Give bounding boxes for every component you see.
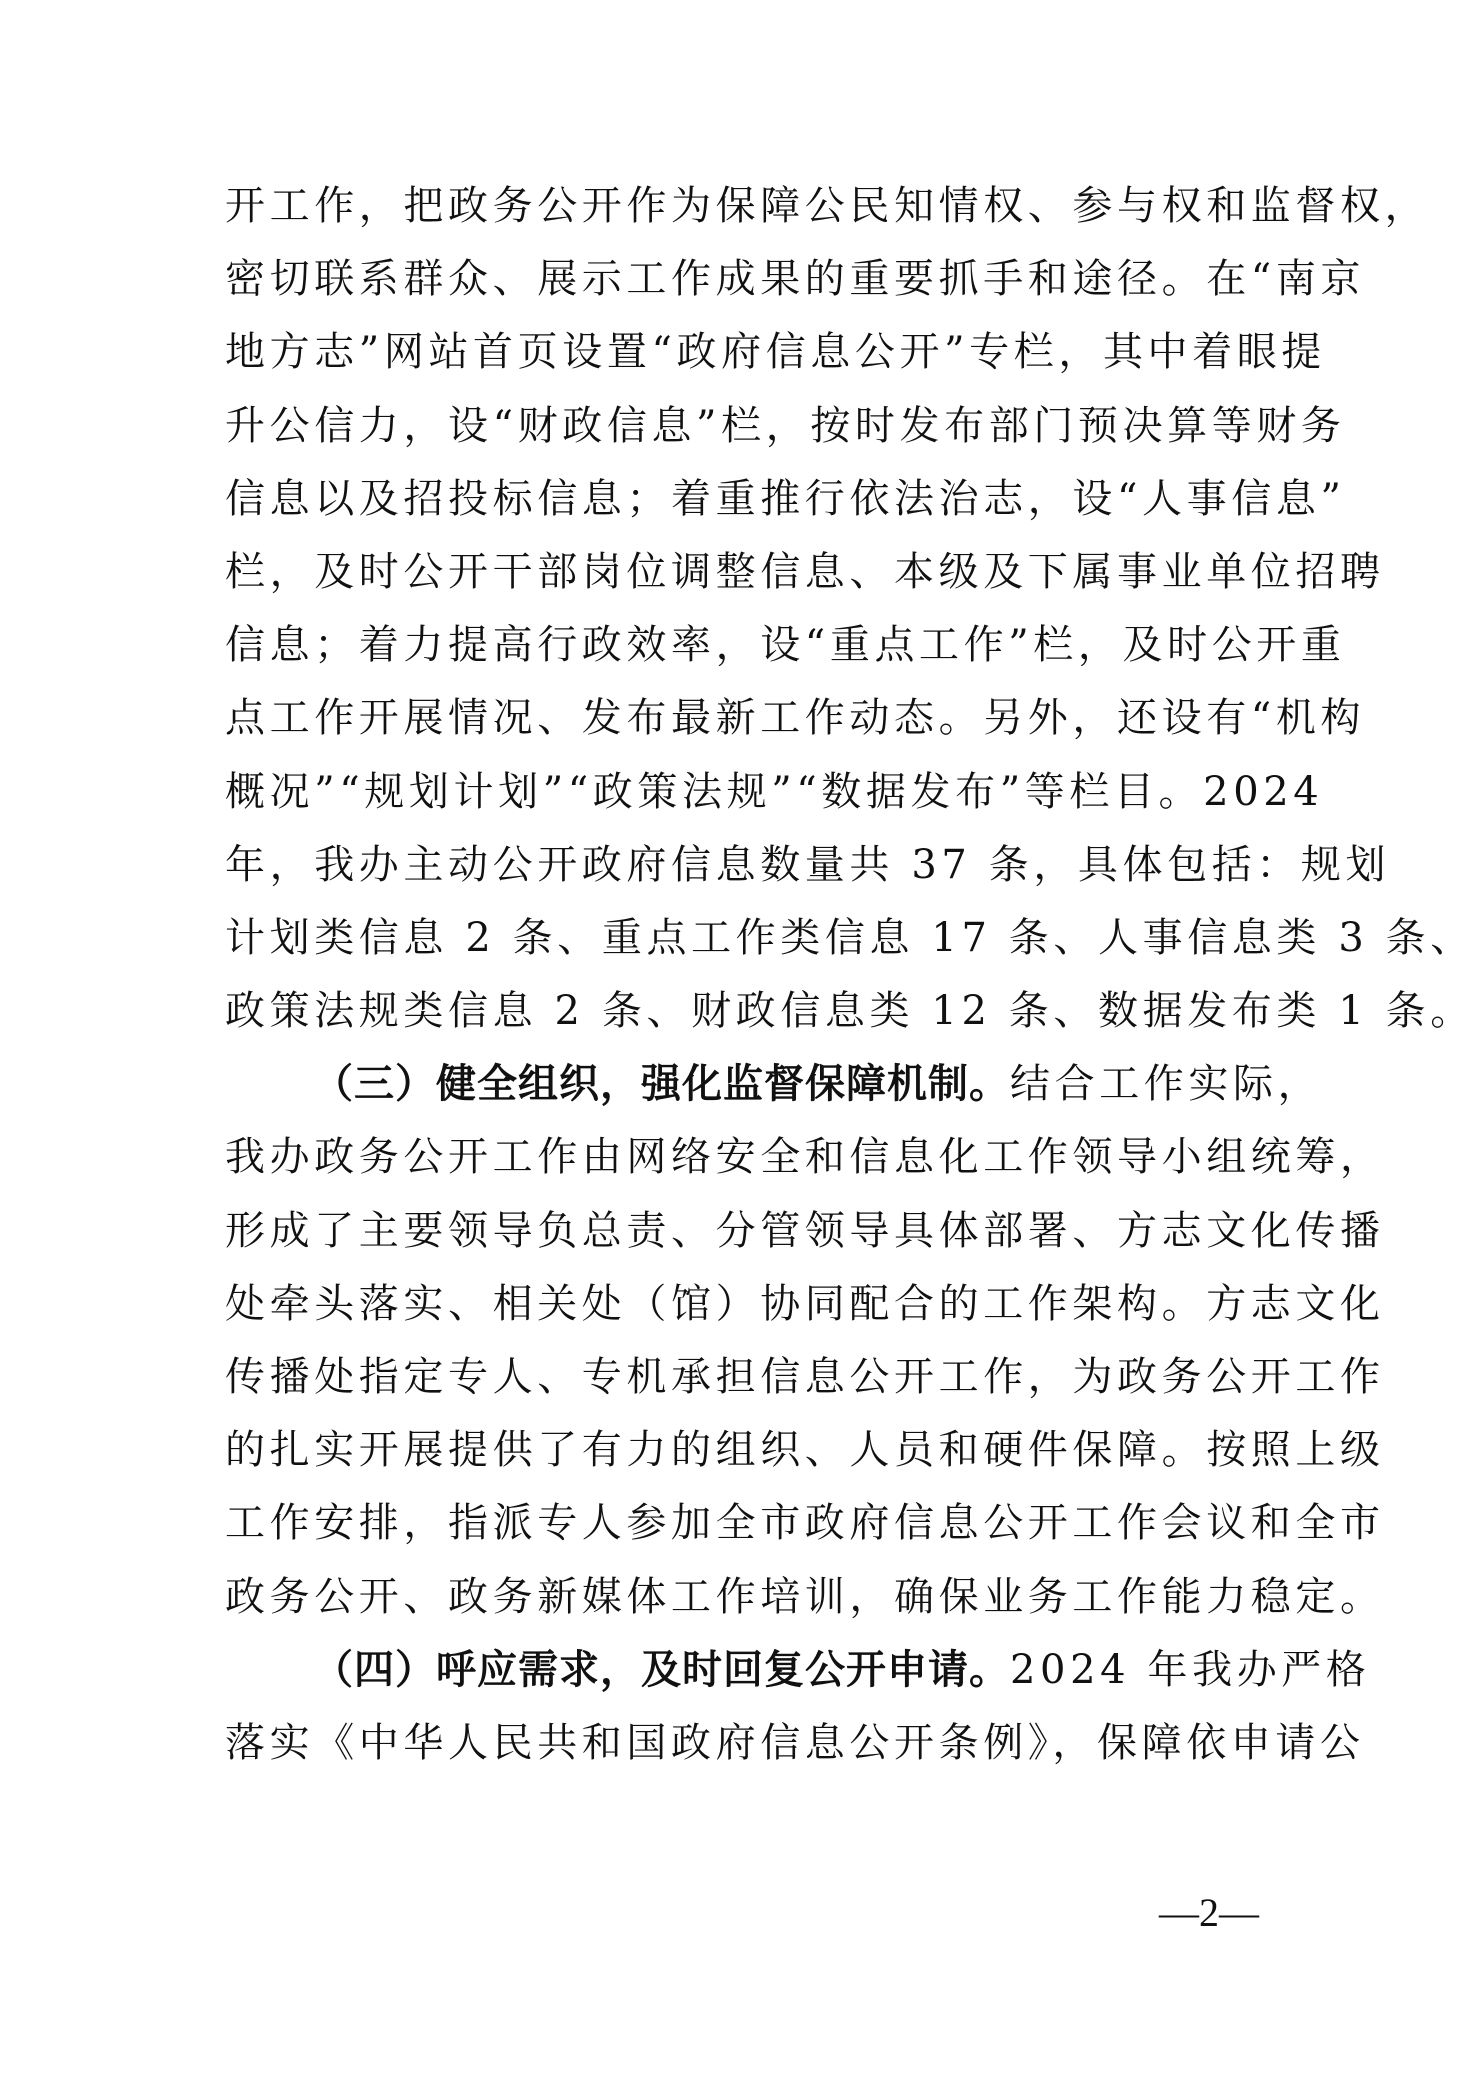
section-3-heading: （三）健全组织，强化监督保障机制。 [313,1061,1010,1107]
text-line: 政策法规类信息 2 条、财政信息类 12 条、数据发布类 1 条。 [225,975,1260,1048]
section-3-lead-text: 结合工作实际， [1010,1061,1322,1107]
document-page: 开工作，把政务公开作为保障公民知情权、参与权和监督权， 密切联系群众、展示工作成… [0,0,1471,2080]
text-line: 点工作开展情况、发布最新工作动态。另外，还设有“机构 [225,682,1260,755]
text-line: 升公信力，设“财政信息”栏，按时发布部门预决算等财务 [225,390,1260,463]
text-line: 信息以及招投标信息；着重推行依法治志，设“人事信息” [225,463,1260,536]
text-line: 计划类信息 2 条、重点工作类信息 17 条、人事信息类 3 条、 [225,902,1260,975]
text-line: 落实《中华人民共和国政府信息公开条例》，保障依申请公 [225,1707,1260,1780]
text-line: 概况”“规划计划”“政策法规”“数据发布”等栏目。2024 [225,756,1260,829]
text-line: 栏，及时公开干部岗位调整信息、本级及下属事业单位招聘 [225,536,1260,609]
text-line: 年，我办主动公开政府信息数量共 37 条，具体包括：规划 [225,829,1260,902]
text-line: 密切联系群众、展示工作成果的重要抓手和途径。在“南京 [225,243,1260,316]
text-line: 地方志”网站首页设置“政府信息公开”专栏，其中着眼提 [225,316,1260,389]
section-4-heading: （四）呼应需求，及时回复公开申请。 [313,1647,1010,1693]
text-line: 开工作，把政务公开作为保障公民知情权、参与权和监督权， [225,170,1260,243]
text-line: 形成了主要领导负总责、分管领导具体部署、方志文化传播 [225,1195,1260,1268]
text-line: 的扎实开展提供了有力的组织、人员和硬件保障。按照上级 [225,1414,1260,1487]
text-line: 处牵头落实、相关处（馆）协同配合的工作架构。方志文化 [225,1268,1260,1341]
page-number: —2— [1159,1888,1259,1938]
text-line: 信息；着力提高行政效率，设“重点工作”栏，及时公开重 [225,609,1260,682]
text-line: 传播处指定专人、专机承担信息公开工作，为政务公开工作 [225,1341,1260,1414]
text-line: 工作安排，指派专人参加全市政府信息公开工作会议和全市 [225,1487,1260,1560]
section-4-first-line: （四）呼应需求，及时回复公开申请。2024 年我办严格 [225,1634,1260,1707]
section-3-first-line: （三）健全组织，强化监督保障机制。结合工作实际， [225,1048,1260,1121]
body-text: 开工作，把政务公开作为保障公民知情权、参与权和监督权， 密切联系群众、展示工作成… [225,170,1260,1780]
text-line: 我办政务公开工作由网络安全和信息化工作领导小组统筹， [225,1121,1260,1194]
section-4-lead-text: 2024 年我办严格 [1010,1647,1371,1693]
text-line: 政务公开、政务新媒体工作培训，确保业务工作能力稳定。 [225,1561,1260,1634]
